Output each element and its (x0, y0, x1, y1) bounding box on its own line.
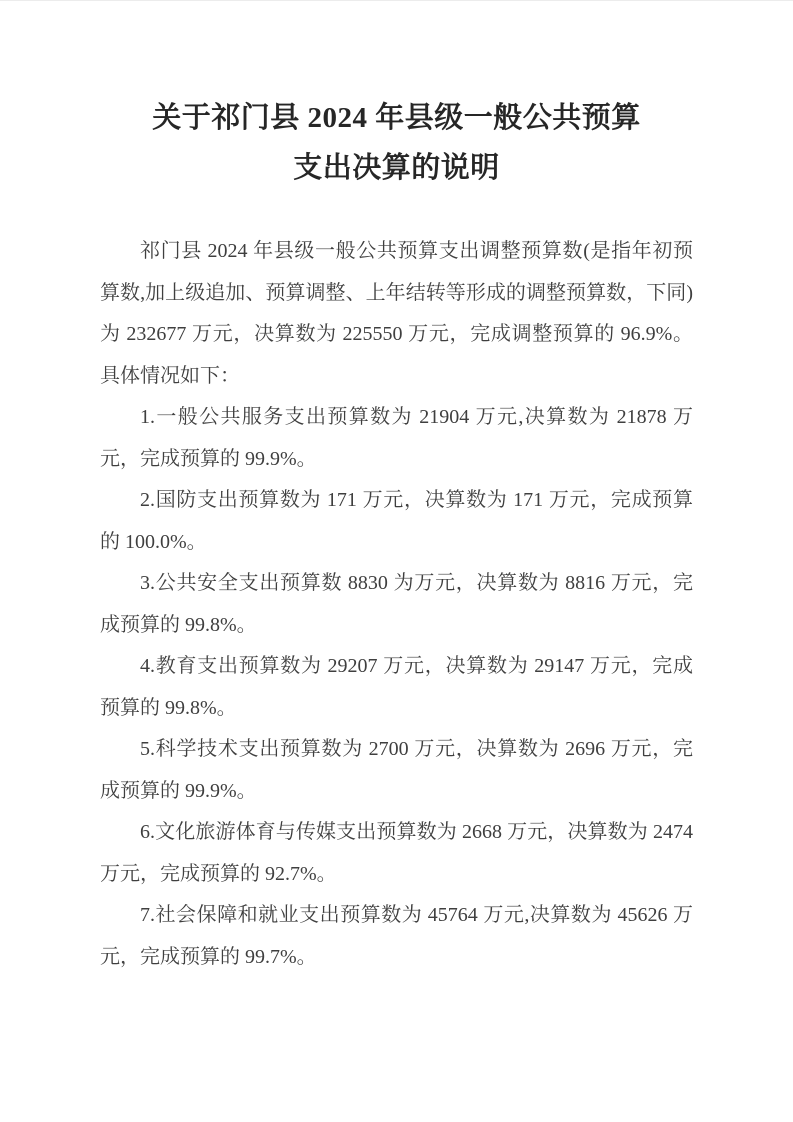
document-page: 关于祁门县 2024 年县级一般公共预算 支出决算的说明 祁门县 2024 年县… (0, 0, 793, 1122)
item-paragraph-4: 4.教育支出预算数为 29207 万元，决算数为 29147 万元，完成预算的 … (100, 646, 693, 729)
document-title: 关于祁门县 2024 年县级一般公共预算 支出决算的说明 (100, 93, 693, 193)
item-paragraph-3: 3.公共安全支出预算数 8830 为万元，决算数为 8816 万元，完成预算的 … (100, 563, 693, 646)
title-line-2: 支出决算的说明 (100, 143, 693, 193)
document-body: 祁门县 2024 年县级一般公共预算支出调整预算数(是指年初预算数,加上级追加、… (100, 231, 693, 978)
item-paragraph-1: 1.一般公共服务支出预算数为 21904 万元,决算数为 21878 万元，完成… (100, 397, 693, 480)
title-line-1: 关于祁门县 2024 年县级一般公共预算 (100, 93, 693, 143)
item-paragraph-6: 6.文化旅游体育与传媒支出预算数为 2668 万元，决算数为 2474 万元，完… (100, 812, 693, 895)
item-paragraph-7: 7.社会保障和就业支出预算数为 45764 万元,决算数为 45626 万元，完… (100, 895, 693, 978)
item-paragraph-5: 5.科学技术支出预算数为 2700 万元，决算数为 2696 万元，完成预算的 … (100, 729, 693, 812)
intro-paragraph: 祁门县 2024 年县级一般公共预算支出调整预算数(是指年初预算数,加上级追加、… (100, 231, 693, 397)
item-paragraph-2: 2.国防支出预算数为 171 万元，决算数为 171 万元，完成预算的 100.… (100, 480, 693, 563)
